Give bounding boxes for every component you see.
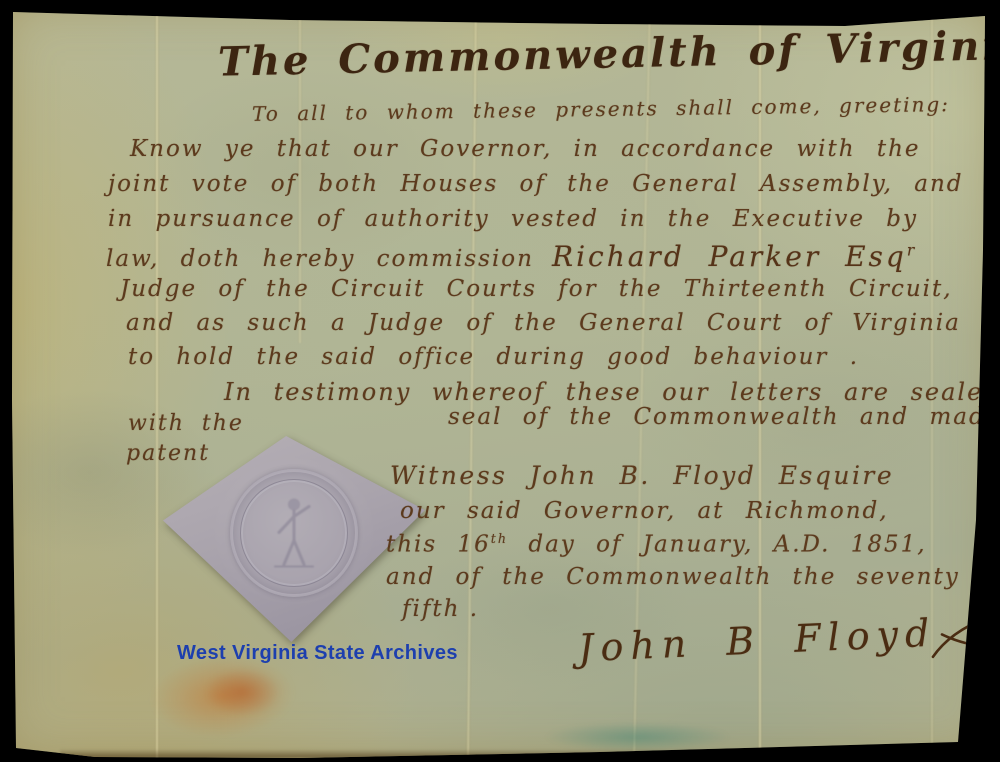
witness-line: Witness John B. Floyd Esquire [390, 461, 894, 490]
witness-date-text: this 16 [386, 532, 491, 558]
governor-signature: John B Floyd [577, 590, 1000, 687]
signature-flourish-icon [929, 604, 1000, 671]
salutation-line: To all to whom these presents shall come… [252, 92, 950, 126]
body-line: law, doth hereby commissionRichard Parke… [106, 240, 917, 273]
testimony-line: seal of the Commonwealth and made [448, 404, 1000, 430]
seal-emboss-circle [230, 469, 358, 597]
name-suffix-superscript: r [907, 242, 917, 260]
body-line: Know ye that our Governor, in accordance… [130, 136, 921, 162]
witness-date-text: day of January, A.D. 1851, [508, 532, 927, 558]
witness-line: fifth . [402, 596, 479, 622]
virtus-figure-icon [267, 492, 321, 570]
fold-crease [155, 0, 159, 762]
witness-line: and of the Commonwealth the seventy [386, 564, 960, 590]
body-line: Judge of the Circuit Courts for the Thir… [120, 276, 953, 302]
bottom-edge-shadow [60, 749, 955, 758]
rust-stain [205, 668, 280, 716]
body-line: to hold the said office during good beha… [128, 344, 859, 370]
testimony-line: In testimony whereof these our letters a… [224, 378, 1000, 406]
archive-watermark: West Virginia State Archives [177, 642, 458, 665]
date-ordinal-superscript: th [491, 531, 508, 546]
body-line: and as such a Judge of the General Court… [126, 310, 992, 336]
body-line-text: law, doth hereby commission [106, 246, 534, 272]
signature-text: John B Floyd [577, 611, 937, 671]
body-line: joint vote of both Houses of the General… [108, 171, 964, 197]
testimony-line: with the [128, 411, 244, 436]
teal-smudge [545, 722, 730, 752]
witness-line: this 16th day of January, A.D. 1851, [386, 531, 927, 558]
photo-background: The Commonwealth of Virginia. To all to … [0, 0, 1000, 762]
document-title: The Commonwealth of Virginia. [218, 21, 1000, 85]
witness-line: our said Governor, at Richmond, [400, 498, 889, 524]
parchment-document: The Commonwealth of Virginia. To all to … [0, 0, 1000, 762]
commissioned-name: Richard Parker Esqr [552, 240, 917, 273]
commissioned-name-text: Richard Parker Esq [552, 240, 907, 273]
body-line: in pursuance of authority vested in the … [108, 206, 918, 232]
